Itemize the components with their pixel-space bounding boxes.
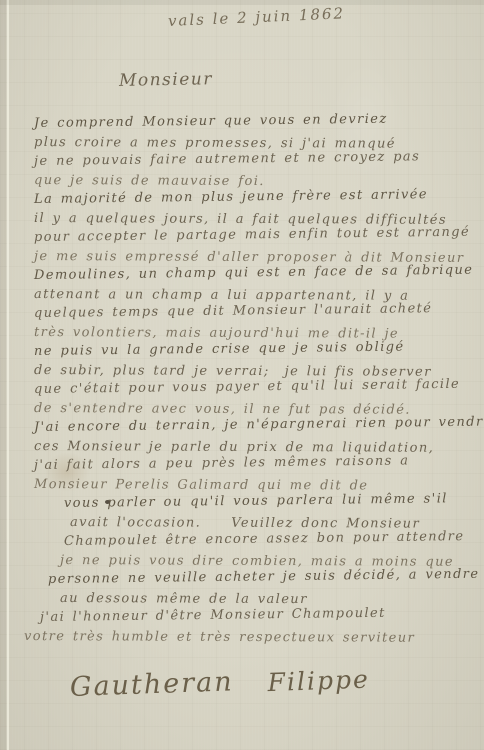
- signature-name: Gautheran: [69, 666, 234, 704]
- handwritten-line: J'ai encore du terrain, je n'épargnerai …: [34, 413, 464, 437]
- handwritten-line: personne ne veuille acheter je suis déci…: [48, 565, 464, 589]
- handwritten-line: votre très humble et très respectueux se…: [24, 627, 464, 648]
- handwritten-line: La majorité de mon plus jeune frère est …: [34, 185, 464, 209]
- handwritten-line: vous parler ou qu'il vous parlera lui mê…: [64, 489, 464, 513]
- handwritten-line: j'ai fait alors a peu près les mêmes rai…: [34, 451, 464, 475]
- handwritten-line: je ne pouvais faire autrement et ne croy…: [34, 147, 464, 171]
- paper-left-edge: [0, 0, 6, 750]
- handwritten-line: j'ai l'honneur d'être Monsieur Champoule…: [40, 603, 464, 627]
- handwritten-line: Je comprend Monsieur que vous en devriez: [34, 109, 464, 133]
- signature: Gautheran Filippe: [69, 659, 430, 704]
- handwritten-line: que c'était pour vous payer et qu'il lui…: [34, 375, 464, 399]
- handwritten-line: Demoulines, un champ qui est en face de …: [34, 261, 464, 285]
- letter-body: Je comprend Monsieur que vous en devriez…: [34, 114, 464, 646]
- letter-page: vals le 2 juin 1862 Monsieur Je comprend…: [0, 0, 484, 750]
- signature-surname: Filippe: [267, 662, 370, 698]
- handwritten-line: quelques temps que dit Monsieur l'aurait…: [34, 299, 464, 323]
- handwritten-line: pour accepter le partage mais enfin tout…: [34, 223, 464, 247]
- date-line: vals le 2 juin 1862: [168, 4, 346, 30]
- paper-fold-line: [7, 0, 9, 750]
- paper-top-edge: [0, 0, 484, 5]
- handwritten-line: ne puis vu la grande crise que je suis o…: [34, 337, 464, 361]
- salutation: Monsieur: [119, 69, 213, 91]
- handwritten-line: Champoulet être encore assez bon pour at…: [64, 527, 464, 551]
